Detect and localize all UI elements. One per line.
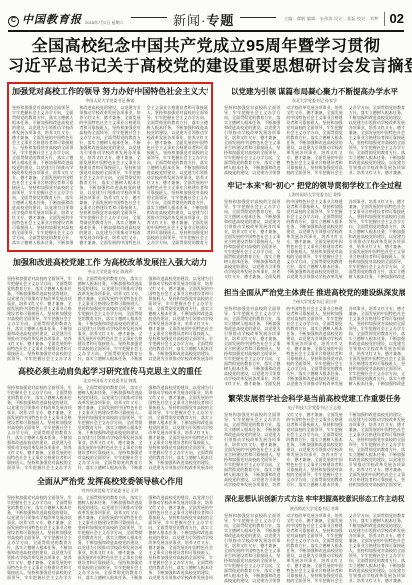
newspaper-logo-icon: C: [8, 16, 19, 27]
section-title-special: 专题: [206, 13, 234, 28]
article: 深化思想认识创新方式方法 牢牢把握高校意识形态工作主动权 陕西师范大学党委书记 …: [224, 494, 405, 585]
article-byline: 上海外国语大学党委书记 姜锋: [224, 191, 405, 198]
staff-credits: 主编：翟帆 编辑：宋伟涛 设计：聂磊 校对：刘梦: [284, 16, 379, 22]
masthead-divider: [8, 30, 404, 32]
article-title: 深化思想认识创新方式方法 牢牢把握高校意识形态工作主动权: [224, 494, 405, 505]
newspaper-page: C 中国教育报 2016年7月2日 星期六 新闻·专题 主编：翟帆 编辑：宋伟涛…: [0, 0, 412, 585]
section-rule-right: [240, 17, 276, 18]
left-half: 加强党对高校工作的领导 努力办好中国特色社会主义大学 中国人民大学党委书记 靳诺…: [7, 82, 213, 585]
main-headline-line1: 全国高校纪念中国共产党成立95周年暨学习贯彻: [8, 37, 404, 57]
article-title: 担当全面从严治党主体责任 推进高校党的建设纵深发展: [224, 287, 405, 298]
article: 全面从严治党 发挥高校党委领导核心作用 对外经济贸易大学党委书记 王玲 坚持和加…: [7, 476, 213, 581]
article-byline: 电子科技大学党委书记 王志强: [224, 404, 405, 411]
article-byline: 对外经济贸易大学党委书记 王玲: [7, 487, 213, 494]
issue-date: 2016年7月2日 星期六: [85, 20, 123, 27]
article: 牢记“本来”和“初心” 把党的领导贯彻学校工作全过程 上海外国语大学党委书记 姜…: [224, 180, 405, 283]
article-byline: 东北大学党委书记 孙家学: [224, 97, 405, 104]
article-title: 全面从严治党 发挥高校党委领导核心作用: [7, 476, 213, 487]
article: 加强和改进高校党建工作 为高校改革发展注入强大动力 中山大学党委书记 陈春声 坚…: [7, 257, 213, 361]
article-body-text: 坚持和加强党对高校的全面领导，牢牢把握社会主义办学方向，全面贯彻党的教育方针，落…: [7, 385, 213, 472]
article-title: 以党建为引领 谋篇布局凝心聚力不断提高办学水平: [224, 86, 405, 97]
article-byline: 中山大学党委书记 陈春声: [7, 268, 213, 275]
article: 以党建为引领 谋篇布局凝心聚力不断提高办学水平 东北大学党委书记 孙家学 坚持和…: [224, 86, 405, 176]
article: 繁荣发展哲学社会科学是当前高校党建工作重要任务 电子科技大学党委书记 王志强 坚…: [224, 393, 405, 489]
article-title: 牢记“本来”和“初心” 把党的领导贯彻学校工作全过程: [224, 180, 405, 191]
article-body-text: 坚持和加强党对高校的全面领导，牢牢把握社会主义办学方向，全面贯彻党的教育方针，落…: [224, 105, 405, 176]
article-body-text: 坚持和加强党对高校的全面领导，牢牢把握社会主义办学方向，全面贯彻党的教育方针，落…: [224, 513, 405, 585]
section-header: 新闻·专题: [131, 10, 276, 29]
article-title: 加强党对高校工作的领导 努力办好中国特色社会主义大学: [12, 86, 208, 97]
article-byline: 中国人民大学党委书记 靳诺: [12, 97, 208, 104]
article-highlighted: 加强党对高校工作的领导 努力办好中国特色社会主义大学 中国人民大学党委书记 靳诺…: [7, 82, 213, 252]
article-body-text: 坚持和加强党对高校的全面领导，牢牢把握社会主义办学方向，全面贯彻党的教育方针，落…: [224, 199, 405, 283]
article-body-text: 坚持和加强党对高校的全面领导，牢牢把握社会主义办学方向，全面贯彻党的教育方针，落…: [7, 495, 213, 581]
article-title: 加强和改进高校党建工作 为高校改革发展注入强大动力: [7, 257, 213, 268]
section-title-news: 新闻: [173, 13, 201, 28]
article-byline: 兰州大学党委书记 袁占亭: [224, 298, 405, 305]
page-number: 02: [384, 12, 404, 26]
article-body-text: 坚持和加强党对高校的全面领导，牢牢把握社会主义办学方向，全面贯彻党的教育方针，落…: [224, 412, 405, 489]
articles-area: 加强党对高校工作的领导 努力办好中国特色社会主义大学 中国人民大学党委书记 靳诺…: [7, 82, 405, 585]
article-body-text: 坚持和加强党对高校的全面领导，牢牢把握社会主义办学方向，全面贯彻党的教育方针，落…: [12, 105, 208, 248]
article-title: 高校必须主动肩负起学习研究宣传马克思主义的重任: [7, 366, 213, 377]
section-title: 新闻·专题: [173, 10, 234, 29]
article-body-text: 坚持和加强党对高校的全面领导，牢牢把握社会主义办学方向，全面贯彻党的教育方针，落…: [7, 276, 213, 361]
newspaper-logo-text: 中国教育报: [22, 11, 82, 27]
main-headline: 全国高校纪念中国共产党成立95周年暨学习贯彻 习近平总书记关于高校党的建设重要思…: [8, 37, 404, 77]
main-headline-line2: 习近平总书记关于高校党的建设重要思想研讨会发言摘登: [8, 57, 404, 77]
article: 高校必须主动肩负起学习研究宣传马克思主义的重任 北京外国语大学党委书记 韩震 坚…: [7, 366, 213, 472]
masthead-brand: C 中国教育报 2016年7月2日 星期六: [8, 11, 123, 27]
issue-info: 主编：翟帆 编辑：宋伟涛 设计：聂磊 校对：刘梦 02: [284, 12, 404, 26]
article-body-text: 坚持和加强党对高校的全面领导，牢牢把握社会主义办学方向，全面贯彻党的教育方针，落…: [224, 306, 405, 389]
article-byline: 北京外国语大学党委书记 韩震: [7, 377, 213, 384]
article-title: 繁荣发展哲学社会科学是当前高校党建工作重要任务: [224, 393, 405, 404]
article: 担当全面从严治党主体责任 推进高校党的建设纵深发展 兰州大学党委书记 袁占亭 坚…: [224, 287, 405, 389]
right-half: 以党建为引领 谋篇布局凝心聚力不断提高办学水平 东北大学党委书记 孙家学 坚持和…: [224, 82, 405, 585]
section-rule-left: [131, 17, 167, 18]
article-byline: 陕西师范大学党委书记 甘晖: [224, 505, 405, 512]
masthead: C 中国教育报 2016年7月2日 星期六 新闻·专题 主编：翟帆 编辑：宋伟涛…: [8, 8, 404, 30]
